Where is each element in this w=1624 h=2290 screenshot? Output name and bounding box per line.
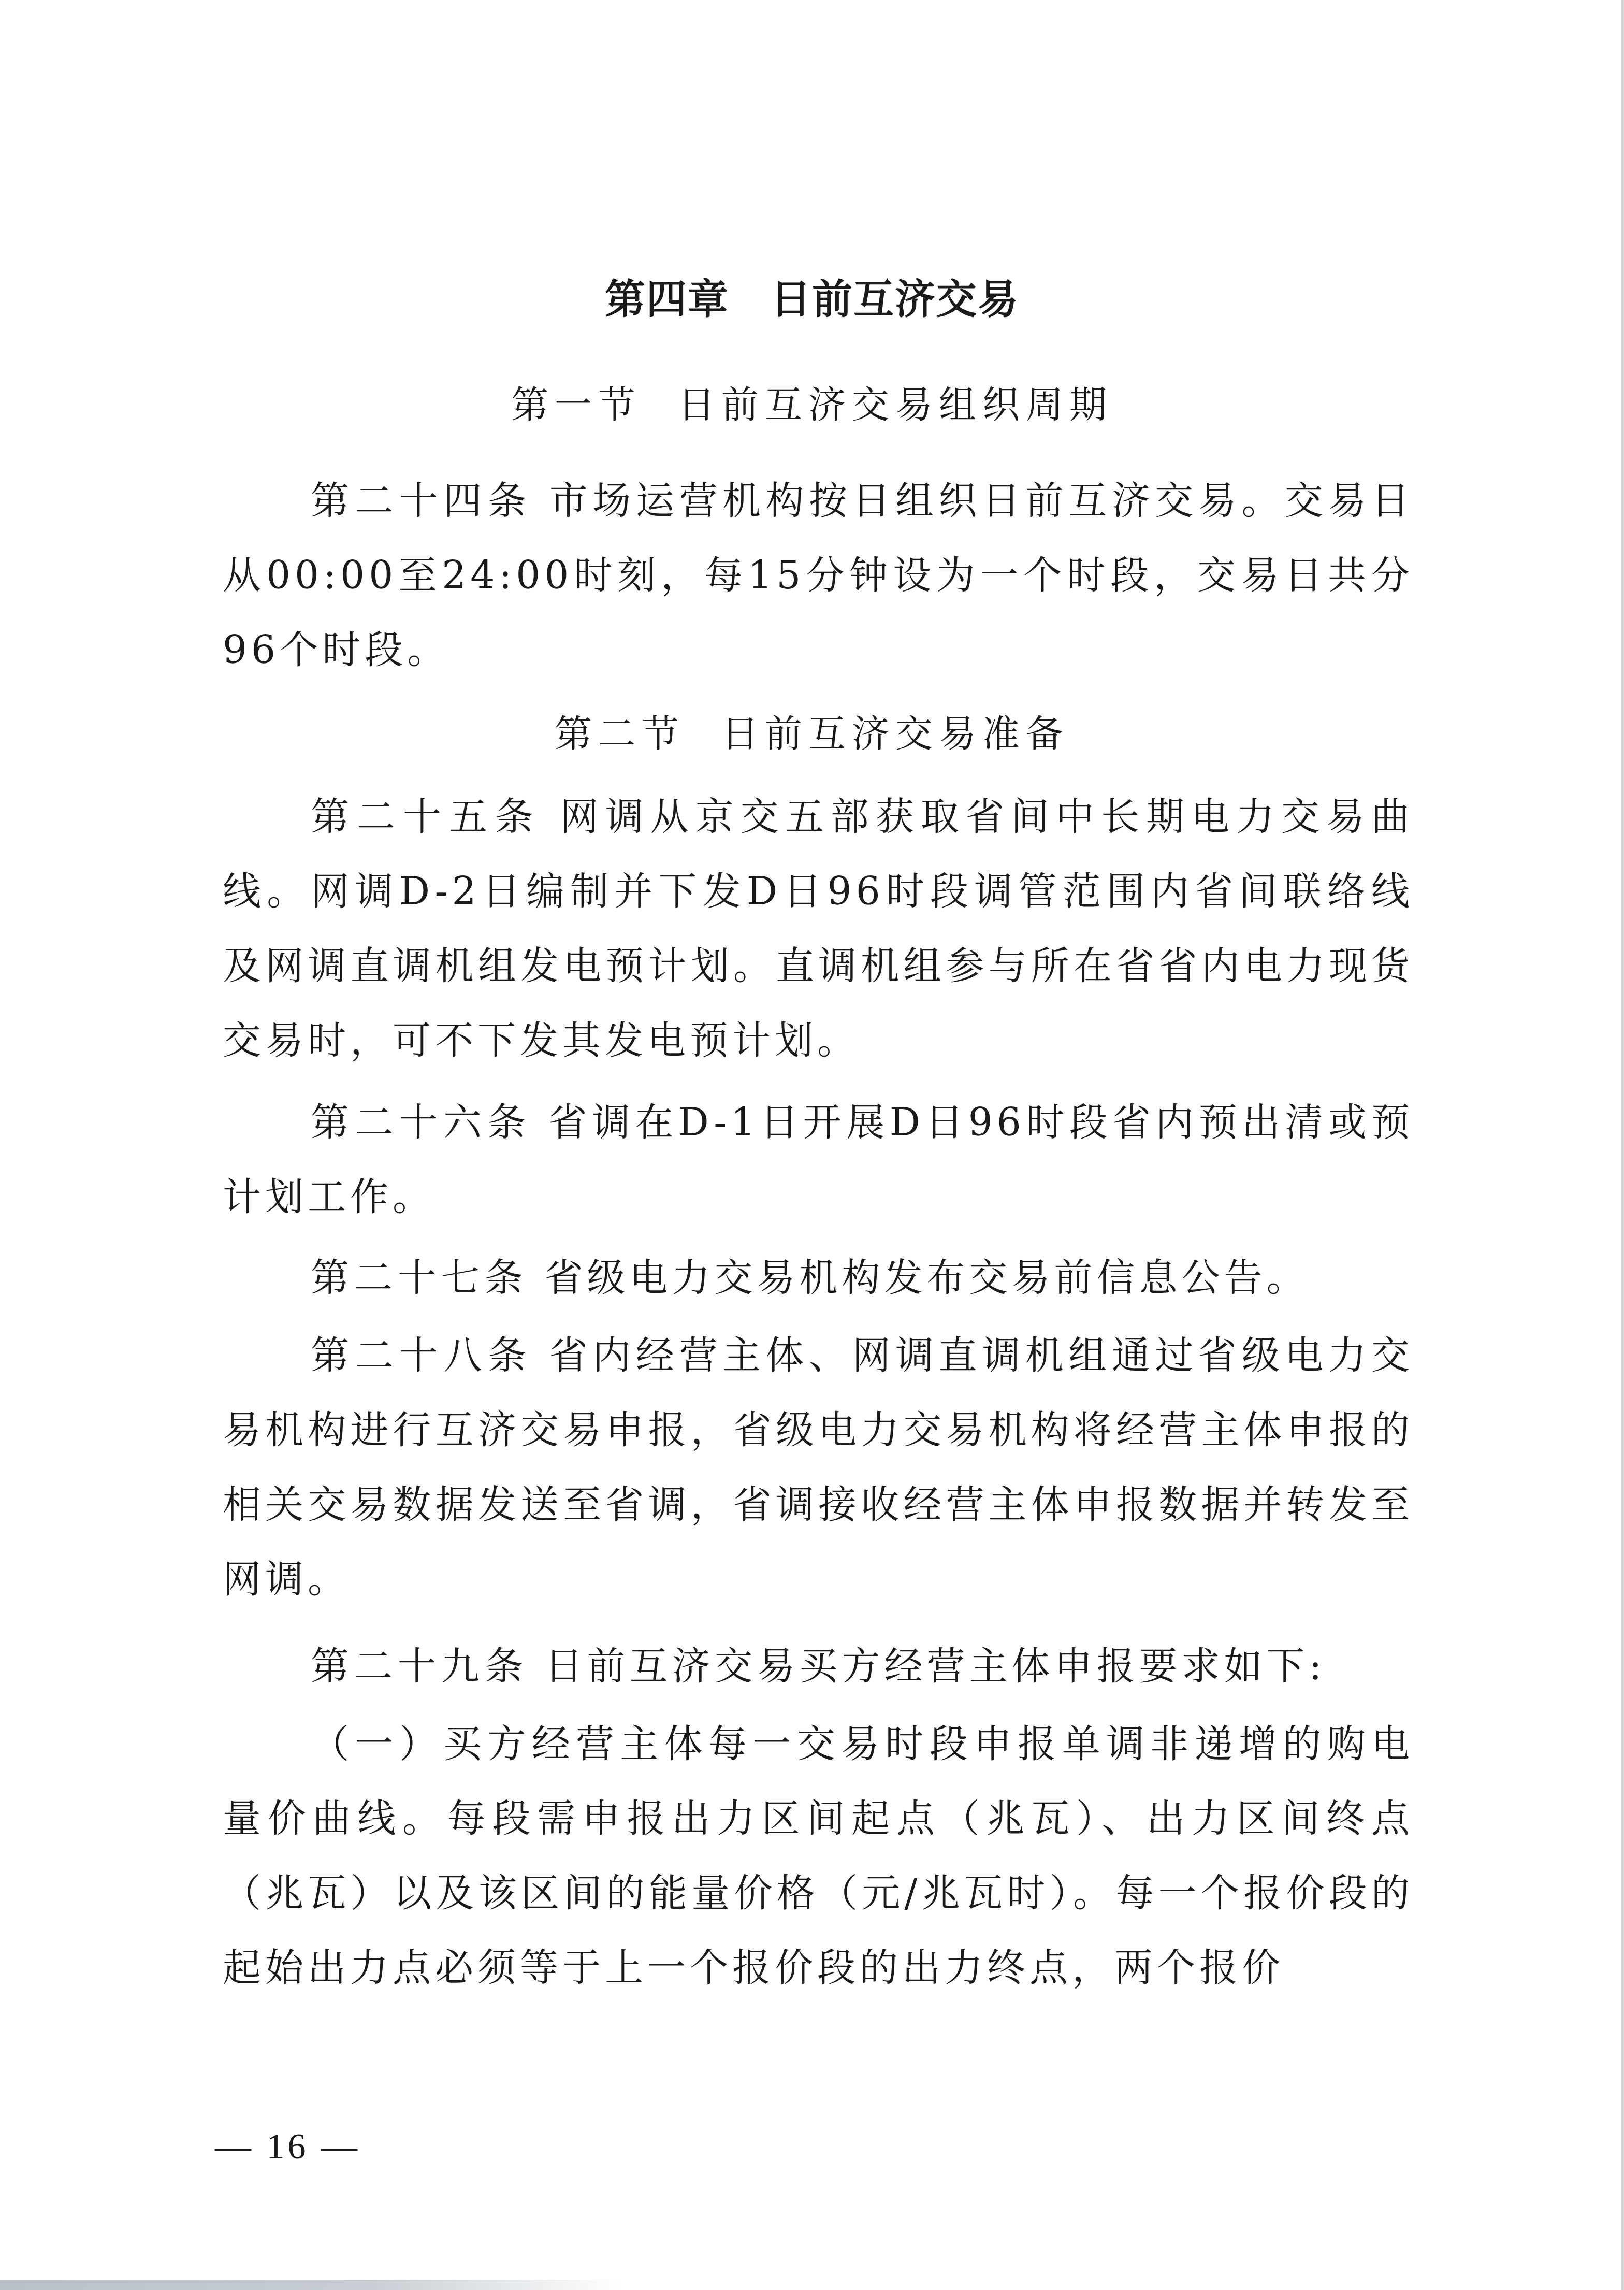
article-25: 第二十五条 网调从京交五部获取省间中长期电力交易曲线。网调D-2日编制并下发D日… bbox=[223, 780, 1414, 1078]
section-heading-1: 第一节日前互济交易组织周期 bbox=[0, 386, 1624, 423]
section-title: 日前互济交易组织周期 bbox=[678, 383, 1113, 426]
scan-shadow bbox=[0, 2280, 621, 2290]
article-28: 第二十八条 省内经营主体、网调直调机组通过省级电力交易机构进行互济交易申报，省级… bbox=[223, 1318, 1414, 1617]
article-label: 第二十八条 bbox=[311, 1333, 532, 1378]
article-label: 第二十六条 bbox=[311, 1100, 532, 1145]
chapter-heading: 第四章日前互济交易 bbox=[0, 280, 1624, 320]
page-number: — 16 — bbox=[215, 2129, 360, 2165]
scan-edge bbox=[1621, 0, 1624, 2290]
article-29: 第二十九条 日前互济交易买方经营主体申报要求如下: bbox=[223, 1629, 1414, 1704]
chapter-number: 第四章 bbox=[605, 277, 729, 323]
section-heading-2: 第二节日前互济交易准备 bbox=[0, 715, 1624, 752]
article-label: 第二十七条 bbox=[311, 1256, 528, 1300]
item-label: （一） bbox=[311, 1722, 443, 1766]
article-text: 省级电力交易机构发布交易前信息公告。 bbox=[545, 1256, 1309, 1300]
document-page: 第四章日前互济交易 第一节日前互济交易组织周期 第二十四条 市场运营机构按日组织… bbox=[0, 0, 1624, 2290]
article-label: 第二十九条 bbox=[311, 1644, 528, 1689]
article-label: 第二十五条 bbox=[311, 795, 541, 839]
article-29-item-1: （一）买方经营主体每一交易时段申报单调非递增的购电量价曲线。每段需申报出力区间起… bbox=[223, 1707, 1414, 2005]
article-27: 第二十七条 省级电力交易机构发布交易前信息公告。 bbox=[223, 1241, 1414, 1315]
article-24: 第二十四条 市场运营机构按日组织日前互济交易。交易日从00:00至24:00时刻… bbox=[223, 464, 1414, 687]
section-title: 日前互济交易准备 bbox=[721, 712, 1069, 755]
section-number: 第二节 bbox=[555, 712, 685, 755]
article-label: 第二十四条 bbox=[311, 479, 532, 523]
chapter-title: 日前互济交易 bbox=[771, 277, 1019, 323]
article-26: 第二十六条 省调在D-1日开展D日96时段省内预出清或预计划工作。 bbox=[223, 1085, 1414, 1234]
article-text: 日前互济交易买方经营主体申报要求如下: bbox=[545, 1644, 1326, 1689]
section-number: 第一节 bbox=[511, 383, 642, 426]
